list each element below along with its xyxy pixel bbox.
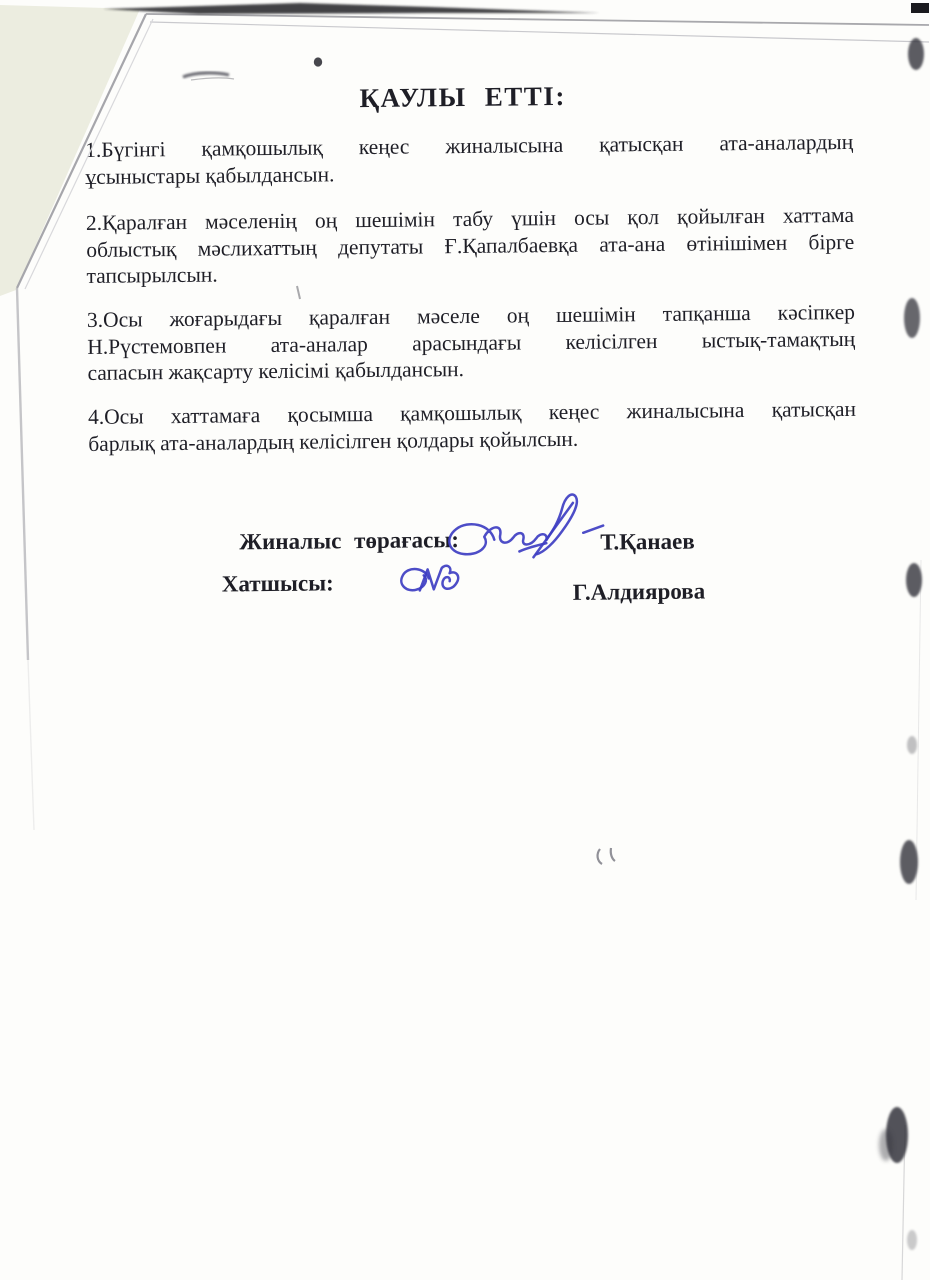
- paragraph-2: 2.Қаралған мәселенің оң шешімін табу үші…: [86, 202, 855, 290]
- secretary-name: Г.Алдиярова: [573, 579, 706, 606]
- chairman-name: Т.Қанаев: [600, 529, 695, 556]
- scanned-document-page: ҚАУЛЫ ЕТТІ: 1.Бүгінгі қамқошылық кеңес ж…: [0, 0, 930, 1280]
- page-title: ҚАУЛЫ ЕТТІ:: [0, 77, 928, 118]
- secretary-signature-icon: [395, 560, 477, 607]
- paragraph-1: 1.Бүгінгі қамқошылық кеңес жиналысына қа…: [85, 129, 854, 190]
- paragraph-3: 3.Осы жоғарыдағы қаралған мәселе оң шеші…: [87, 299, 856, 387]
- chairman-signature-icon: [406, 489, 607, 563]
- document-content: ҚАУЛЫ ЕТТІ: 1.Бүгінгі қамқошылық кеңес ж…: [0, 0, 930, 1280]
- secretary-label: Хатшысы:: [222, 570, 334, 597]
- paragraph-4: 4.Осы хаттамаға қосымша қамқошылық кеңес…: [88, 396, 857, 457]
